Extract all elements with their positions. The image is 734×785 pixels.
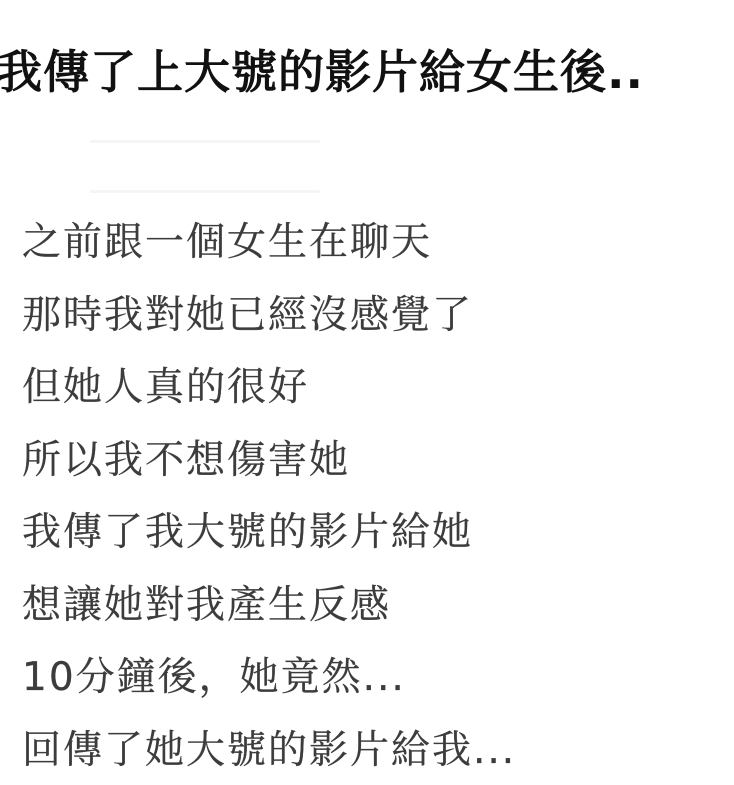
story-line: 之前跟一個女生在聊天 [22,207,516,280]
faint-artifact-line [90,190,320,193]
meme-title: 我傳了上大號的影片給女生後.. [0,44,644,100]
story-line: 那時我對她已經沒感覺了 [22,280,516,353]
story-line: 回傳了她大號的影片給我... [22,715,516,785]
story-line: 想讓她對我產生反感 [22,570,516,643]
story-line: 我傳了我大號的影片給她 [22,497,516,570]
faint-artifact-line [90,140,320,143]
story-text: 之前跟一個女生在聊天 那時我對她已經沒感覺了 但她人真的很好 所以我不想傷害她 … [22,207,516,785]
story-line: 所以我不想傷害她 [22,425,516,498]
story-line: 但她人真的很好 [22,352,516,425]
story-line: 10分鐘後，她竟然... [22,642,516,715]
